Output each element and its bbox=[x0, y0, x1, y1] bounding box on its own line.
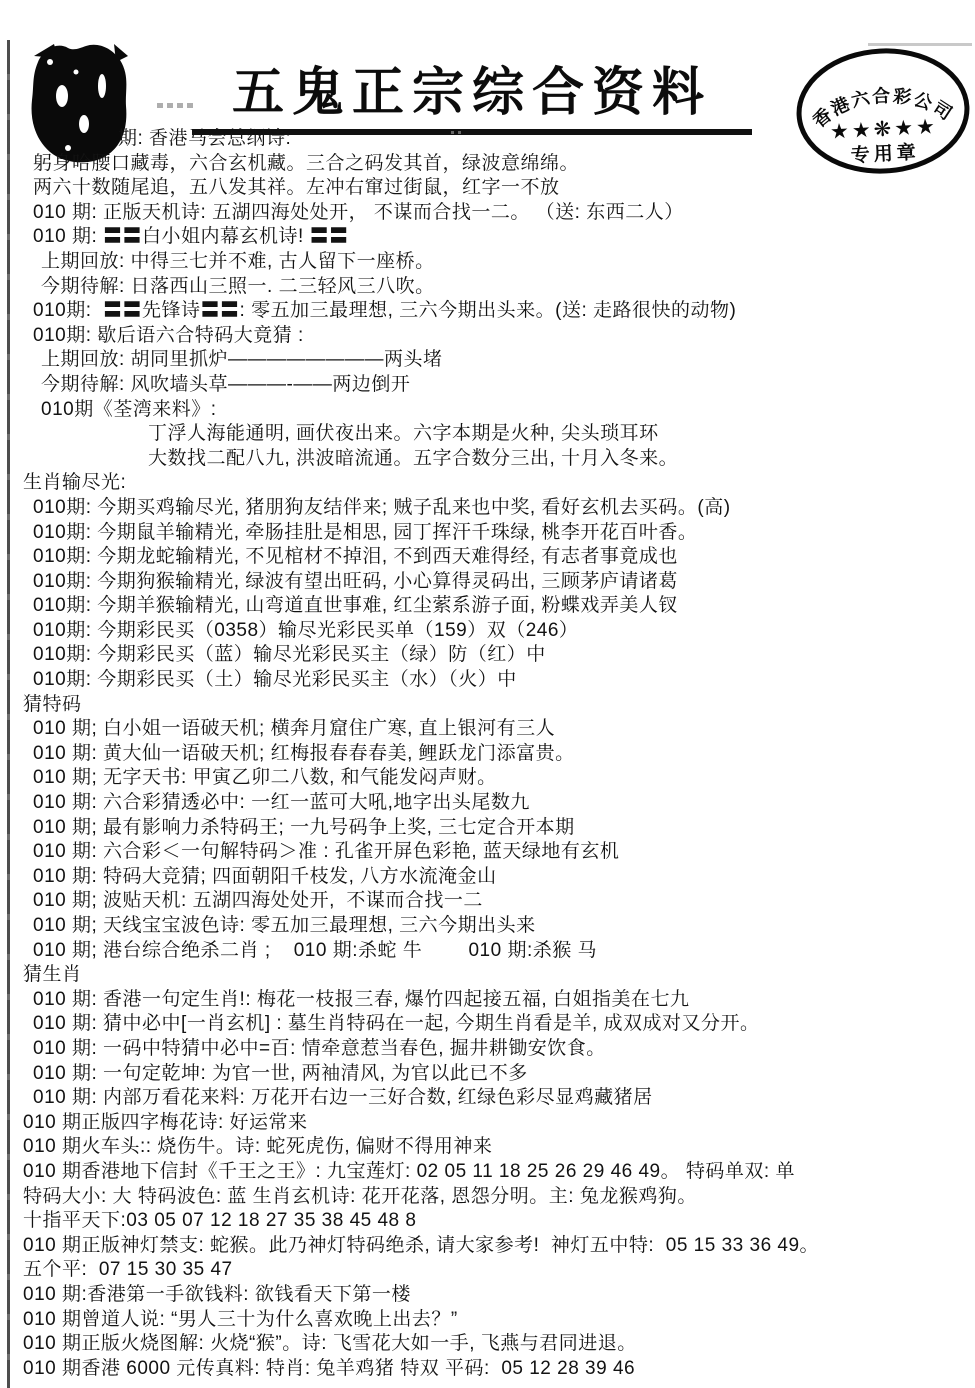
text-line: 猜特码 bbox=[0, 693, 975, 718]
text-line: 010期: 今期狗猴输精光, 绿波有望出旺码, 小心算得灵码出, 三顾茅庐请诸葛 bbox=[0, 570, 975, 595]
text-line: 010 期; 最有影响力杀特码王; 一九号码争上奖, 三七定合开本期 bbox=[0, 816, 975, 841]
text-line: 010 期; 港台综合绝杀二肖 ; 010 期:杀蛇 牛 010 期:杀猴 马 bbox=[0, 939, 975, 964]
text-line: 010 期香港地下信封《千王之王》: 九宝莲灯: 02 05 11 18 25 … bbox=[0, 1160, 975, 1185]
text-line: 大数找二配八九, 洪波暗流通。五字合数分三出, 十月入冬来。 bbox=[0, 447, 975, 472]
text-line: 010 期: 一码中特猜中必中=百: 情牵意惹当春色, 掘井耕锄安饮食。 bbox=[0, 1037, 975, 1062]
text-line: 010 期: 六合彩猜透必中: 一红一蓝可大吼,地字出头尾数九 bbox=[0, 791, 975, 816]
text-line: 上期回放: 胡同里抓炉————————两头堵 bbox=[0, 348, 975, 373]
text-line: 特码大小: 大 特码波色: 蓝 生肖玄机诗: 花开花落, 恩怨分明。主: 兔龙猴… bbox=[0, 1185, 975, 1210]
text-line: 010 期; 无字天书: 甲寅乙卯二八数, 和气能发闷声财。 bbox=[0, 766, 975, 791]
text-line: 010 期; 白小姐一语破天机; 横奔月窟住广寒, 直上银河有三人 bbox=[0, 717, 975, 742]
text-line: 今期待解: 日落西山三照一. 二三轻风三八吹。 bbox=[0, 275, 975, 300]
text-line: 010 期曾道人说: “男人三十为什么喜欢晚上出去？” bbox=[0, 1308, 975, 1333]
text-line: 010期: 今期彩民买（土）输尽光彩民买主（水）（火）中 bbox=[0, 668, 975, 693]
text-line: 010 期: 内部万看花来料: 万花开右边一三好合数, 红绿色彩尽显鸡藏猪居 bbox=[0, 1086, 975, 1111]
text-line: 010期: 今期龙蛇输精光, 不见棺材不掉泪, 不到西天难得经, 有志者事竟成也 bbox=[0, 545, 975, 570]
text-line: 上期回放: 中得三七并不难, 古人留下一座桥。 bbox=[0, 250, 975, 275]
text-line: 010 期: 一句定乾坤: 为官一世, 两袖清风, 为官以此已不多 bbox=[0, 1062, 975, 1087]
text-line: 生肖输尽光: bbox=[0, 471, 975, 496]
text-line: 躬身哈腰口藏毒，六合玄机藏。三合之码发其首，绿波意绵绵。 bbox=[0, 152, 975, 177]
text-line: 010 期正版四字梅花诗: 好运常来 bbox=[0, 1111, 975, 1136]
text-line: 010 期: 特码大竞猜; 四面朝阳千枝发, 八方水流淹金山 bbox=[0, 865, 975, 890]
text-line: 两六十数随尾追，五八发其祥。左冲右窜过街鼠，红字一不放 bbox=[0, 176, 975, 201]
text-line: 010期: 今期彩民买（0358）输尽光彩民买单（159）双（246） bbox=[0, 619, 975, 644]
text-line: 010期《荃湾来料》: bbox=[0, 398, 975, 423]
text-line: 五个平: 07 15 30 35 47 bbox=[0, 1258, 975, 1283]
text-line: 010 期火车头:: 烧伤牛。诗: 蛇死虎伤, 偏财不得用神来 bbox=[0, 1135, 975, 1160]
text-line: 010 期; 天线宝宝波色诗: 零五加三最理想, 三六今期出头来 bbox=[0, 914, 975, 939]
text-line: 010 期正版神灯禁支: 蛇猴。此乃神灯特码绝杀, 请大家参考! 神灯五中特: … bbox=[0, 1234, 975, 1259]
noise-dots bbox=[451, 121, 465, 125]
text-line: 十指平天下:03 05 07 12 18 27 35 38 45 48 8 bbox=[0, 1209, 975, 1234]
text-line: 010 期: 六合彩＜一句解特码＞准 : 孔雀开屏色彩艳, 蓝天绿地有玄机 bbox=[0, 840, 975, 865]
text-line: 猜生肖 bbox=[0, 963, 975, 988]
text-line: 010 期香港 6000 元传真料: 特肖: 兔羊鸡猪 特双 平码: 05 12… bbox=[0, 1357, 975, 1382]
text-line: 010期: 今期彩民买（蓝）输尽光彩民买主（绿）防（红）中 bbox=[0, 643, 975, 668]
text-line: 010期: 歇后语六合特码大竟猜 : bbox=[0, 324, 975, 349]
text-line: 期: 香港马会总纲诗: bbox=[0, 127, 975, 152]
content-lines: 期: 香港马会总纲诗:躬身哈腰口藏毒，六合玄机藏。三合之码发其首，绿波意绵绵。两… bbox=[0, 127, 975, 1381]
text-line: 010 期; 波贴天机: 五湖四海处处开, 不谋而合找一二 bbox=[0, 889, 975, 914]
text-line: 010 期: 香港一句定生肖!: 梅花一枝报三春, 爆竹四起接五福, 白姐指美在… bbox=[0, 988, 975, 1013]
document-page: 五鬼正宗综合资料 香港六合彩公司 ★★❋★★ 专用章 期: 香港马会总纲诗:躬身… bbox=[0, 0, 975, 1388]
text-line: 010 期: 正版天机诗: 五湖四海处处开， 不谋而合找一二。 （送: 东西二人… bbox=[0, 201, 975, 226]
text-line: 010 期: 猜中必中[一肖玄机] : 墓生肖特码在一起, 今期生肖看是羊, 成… bbox=[0, 1012, 975, 1037]
text-line: 010 期: 〓〓白小姐内幕玄机诗! 〓〓 bbox=[0, 225, 975, 250]
text-line: 010期: 〓〓先锋诗〓〓: 零五加三最理想, 三六今期出头来。(送: 走路很快… bbox=[0, 299, 975, 324]
text-line: 010期: 今期鼠羊输精光, 牵肠挂肚是相思, 园丁挥汗千珠绿, 桃李开花百叶香… bbox=[0, 521, 975, 546]
noise-dash bbox=[157, 103, 195, 108]
text-line: 010 期:香港第一手欲钱料: 欲钱看天下第一楼 bbox=[0, 1283, 975, 1308]
text-line: 010 期正版火烧图解: 火烧“猴”。诗: 飞雪花大如一手, 飞燕与君同进退。 bbox=[0, 1332, 975, 1357]
text-line: 010 期: 黄大仙一语破天机; 红梅报春春春美, 鲤跃龙门添富贵。 bbox=[0, 742, 975, 767]
text-line: 今期待解: 风吹墙头草———-——两边倒开 bbox=[0, 373, 975, 398]
page-title: 五鬼正宗综合资料 bbox=[192, 50, 752, 135]
text-line: 丁浮人海能通明, 画伏夜出来。六字本期是火种, 尖头琐耳环 bbox=[0, 422, 975, 447]
text-line: 010期: 今期买鸡输尽光, 猪朋狗友结伴来; 贼子乱来也中奖, 看好玄机去买码… bbox=[0, 496, 975, 521]
text-line: 010期: 今期羊猴输精光, 山弯道直世事难, 红尘萦系游子面, 粉蝶戏弄美人钗 bbox=[0, 594, 975, 619]
